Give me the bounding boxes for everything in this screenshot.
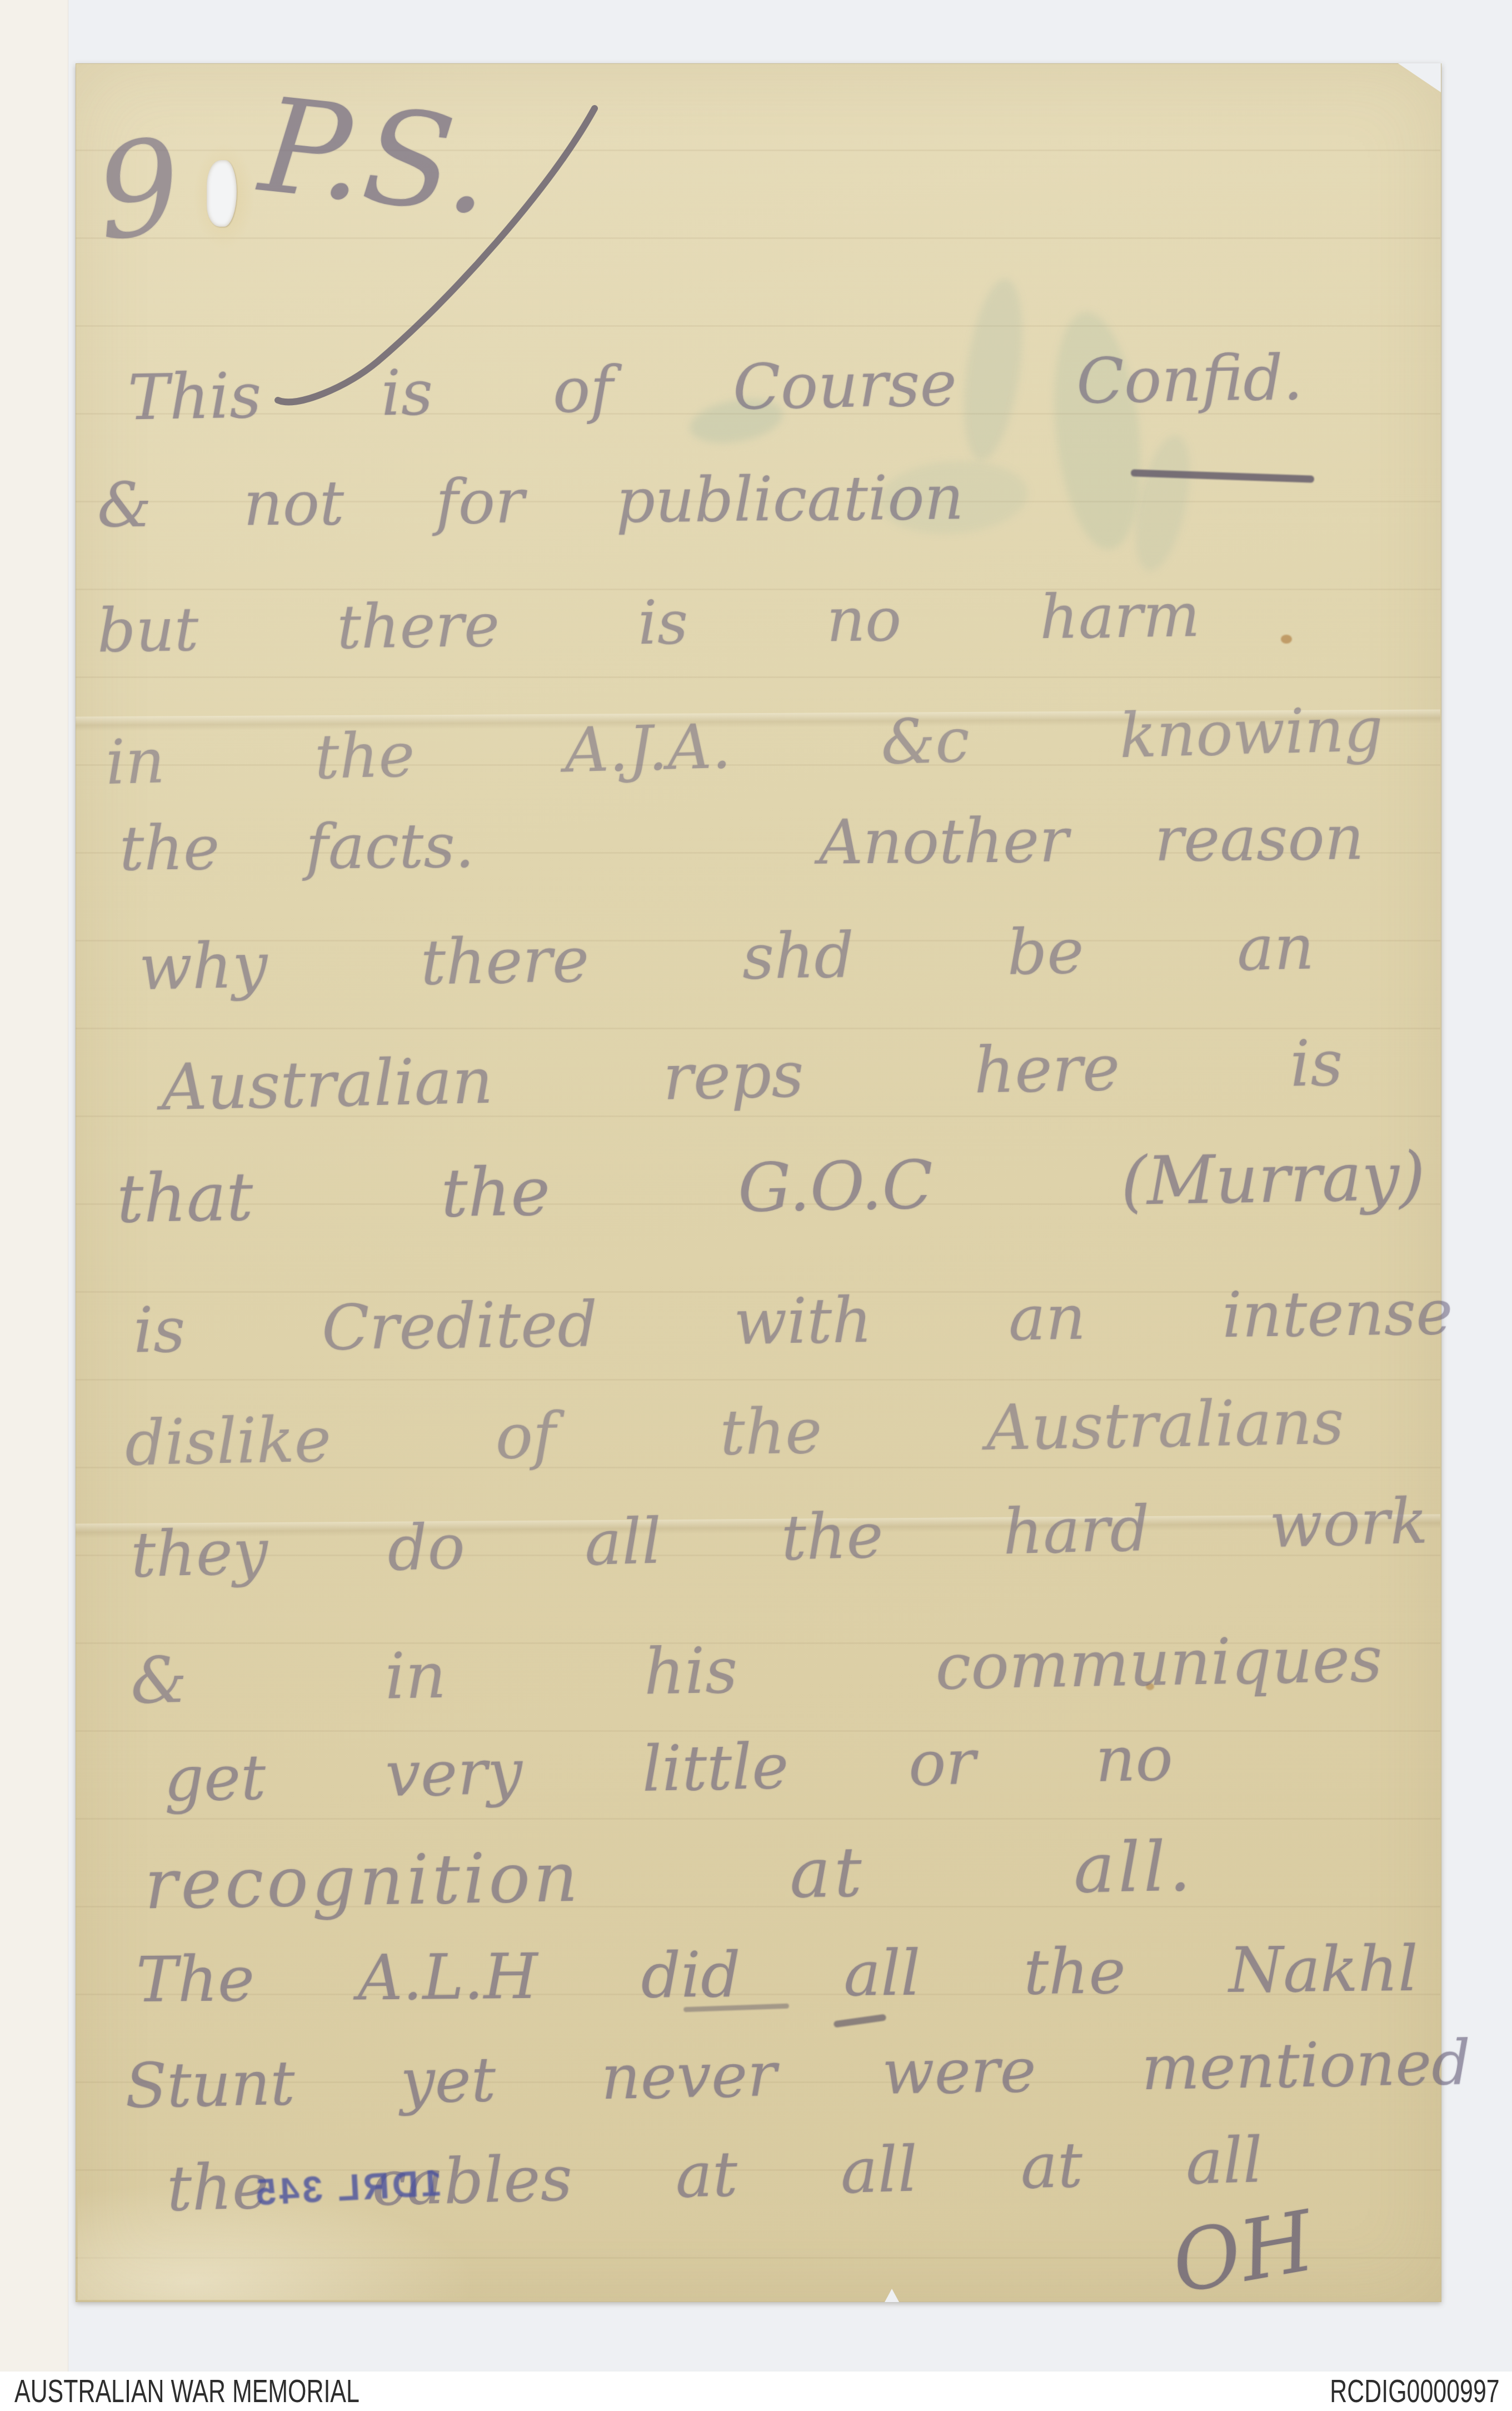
handwriting-line: the facts. Another reason — [119, 806, 1364, 881]
handwriting-line: recognition at all. — [144, 1831, 1195, 1921]
rust-spot — [1281, 635, 1292, 644]
catalogue-footer: AUSTRALIAN WAR MEMORIAL RCDIG0000997 — [0, 2372, 1512, 2411]
footer-institution-label: AUSTRALIAN WAR MEMORIAL — [14, 2373, 360, 2410]
footer-catalogue-id: RCDIG0000997 — [1330, 2373, 1500, 2410]
signature-initials: OH — [1166, 2198, 1320, 2308]
page-number: 9 — [91, 118, 187, 263]
scanned-letter-page: 9 P.S. This is of Course Confid. & not f… — [0, 0, 1512, 2411]
handwriting-line: but there is no harm — [97, 584, 1200, 662]
handwriting-line: The A.L.H did all the Nakhl — [136, 1937, 1419, 2014]
torn-hole — [207, 160, 237, 227]
collection-stamp: 1DRL 345 — [229, 2150, 443, 2226]
handwriting-line: & not for publication — [97, 466, 964, 537]
scanner-backdrop-band — [0, 0, 68, 2372]
